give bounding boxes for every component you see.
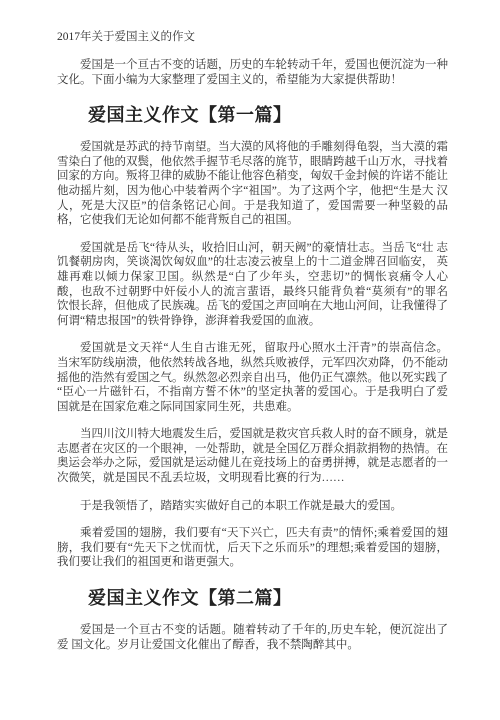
section1-paragraph-5: 于是我领悟了，踏踏实实做好自己的本职工作就是最大的爱国。 (57, 499, 448, 514)
intro-paragraph: 爱国是一个亘古不变的话题，历史的车轮转动千年，爱国也便沉淀为一种 文化。下面小编… (57, 58, 448, 87)
section1-paragraph-6: 乘着爱国的翅膀，我们要有“天下兴亡，匹夫有责”的情怀;乘着爱国的翅 膀，我们要有… (57, 526, 448, 570)
document-page: 2017年关于爱国主义的作文 爱国是一个亘古不变的话题，历史的车轮转动千年，爱国… (0, 0, 500, 720)
section1-paragraph-3: 爱国就是文天祥“人生自古谁无死，留取丹心照水土汗青”的崇高信念。 当宋军防线崩溃… (57, 341, 448, 414)
document-title: 2017年关于爱国主义的作文 (57, 30, 448, 45)
section1-heading: 爱国主义作文【第一篇】 (88, 103, 448, 127)
section1-paragraph-1: 爱国就是苏武的持节南望。当大漠的风将他的手雕刻得龟裂，当大漠的霜 雪染白了他的双… (57, 140, 448, 228)
section2-paragraph-1: 爱国是一个亘古不变的话题。随着转动了千年的,历史车轮，便沉淀出了爱 国文化。岁月… (57, 623, 448, 652)
section2-heading: 爱国主义作文【第二篇】 (88, 586, 448, 610)
section1-paragraph-4: 当四川汶川特大地震发生后，爱国就是救灾官兵救人时的奋不顾身，就是 志愿者在灾区的… (57, 427, 448, 485)
section1-paragraph-2: 爱国就是岳飞“待从头，收拾旧山河，朝天阙”的豪情壮志。当岳飞“壮 志饥餐朝房肉，… (57, 241, 448, 329)
